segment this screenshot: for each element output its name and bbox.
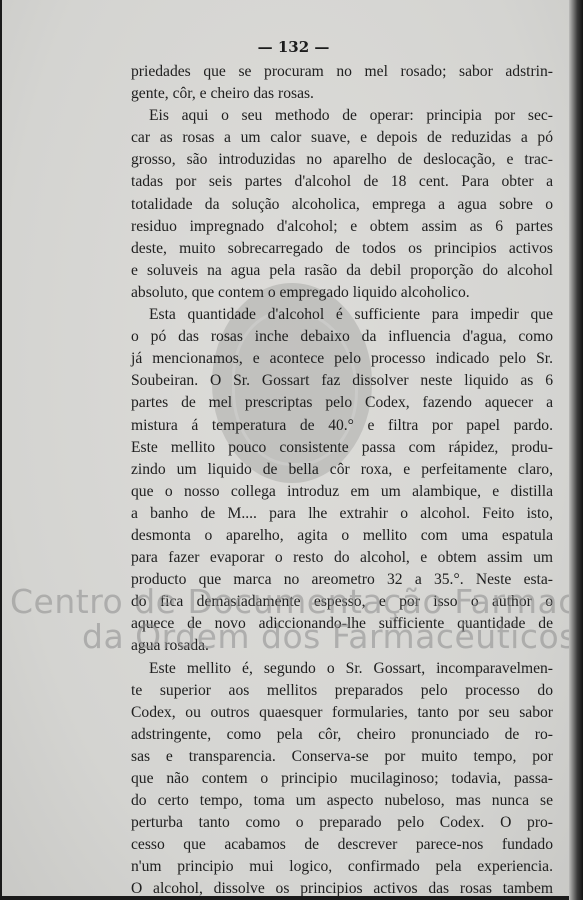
- text-line: sas e transparencia. Conserva-se por mui…: [131, 746, 553, 768]
- text-line: cesso que acabamos de descrever parece-n…: [131, 834, 553, 856]
- text-line: Este mellito é, segundo o Sr. Gossart, i…: [131, 658, 553, 680]
- watermark-line-2: da Ordem dos Farmacêuticos: [82, 617, 570, 656]
- text-line: totalidade da solução alcoholica, empreg…: [131, 194, 553, 216]
- text-line: desmonta o aparelho, agita o mellito com…: [131, 525, 553, 547]
- text-line: zindo um liquido de bella côr roxa, e pe…: [131, 459, 553, 481]
- page-number: — 132 —: [2, 38, 570, 56]
- text-line: que o nosso collega introduz em um alamb…: [131, 481, 553, 503]
- text-line: grosso, são introduzidas no aparelho de …: [131, 149, 553, 171]
- page-edge-shadow: [569, 0, 583, 900]
- text-line: o pó das rosas inche debaixo da influenc…: [131, 326, 553, 348]
- text-line: te superior aos mellitos preparados pelo…: [131, 680, 553, 702]
- text-line: a banho de M.... para lhe extrahir o alc…: [131, 503, 553, 525]
- text-line: absoluto, que contem o empregado liquido…: [131, 282, 553, 304]
- text-line: gente, côr, e cheiro das rosas.: [131, 83, 553, 105]
- text-line: Codex, ou outros quaesquer formularies, …: [131, 702, 553, 724]
- text-line: Esta quantidade d'alcohol é sufficiente …: [131, 304, 553, 326]
- text-line: deste, muito sobrecarregado de todos os …: [131, 238, 553, 260]
- text-line: Este mellito pouco consistente passa com…: [131, 437, 553, 459]
- text-line: mistura á temperatura de 40.° e filtra p…: [131, 415, 553, 437]
- text-line: para fazer evaporar o resto do alcohol, …: [131, 547, 553, 569]
- text-line: priedades que se procuram no mel rosado;…: [131, 61, 553, 83]
- text-line: já mencionamos, e acontece pelo processo…: [131, 348, 553, 370]
- text-line: Soubeiran. O Sr. Gossart faz dissolver n…: [131, 370, 553, 392]
- text-line: que não contem o principio mucilaginoso;…: [131, 768, 553, 790]
- text-line: tadas por seis partes d'alcohol de 18 ce…: [131, 171, 553, 193]
- text-line: adstringente, como pela côr, cheiro pron…: [131, 724, 553, 746]
- text-line: n'um principio mui logico, confirmado pe…: [131, 856, 553, 878]
- text-line: car as rosas a um calor suave, e depois …: [131, 127, 553, 149]
- text-line: do certo tempo, toma um aspecto nubeloso…: [131, 790, 553, 812]
- body-text: priedades que se procuram no mel rosado;…: [131, 61, 553, 896]
- text-line: partes de mel prescriptas pelo Codex, fa…: [131, 392, 553, 414]
- text-line: residuo impregnado d'alcohol; e obtem as…: [131, 216, 553, 238]
- watermark-line-1: Centro de Documentação Farmacêutica: [10, 582, 570, 621]
- text-line: perturba tanto como o preparado pelo Cod…: [131, 812, 553, 834]
- scanned-page: — 132 — priedades que se procuram no mel…: [2, 0, 570, 896]
- text-line: O alcohol, dissolve os principios activo…: [131, 878, 553, 896]
- text-line: e soluveis na agua pela rasão da debil p…: [131, 260, 553, 282]
- text-line: Eis aqui o seu methodo de operar: princi…: [131, 105, 553, 127]
